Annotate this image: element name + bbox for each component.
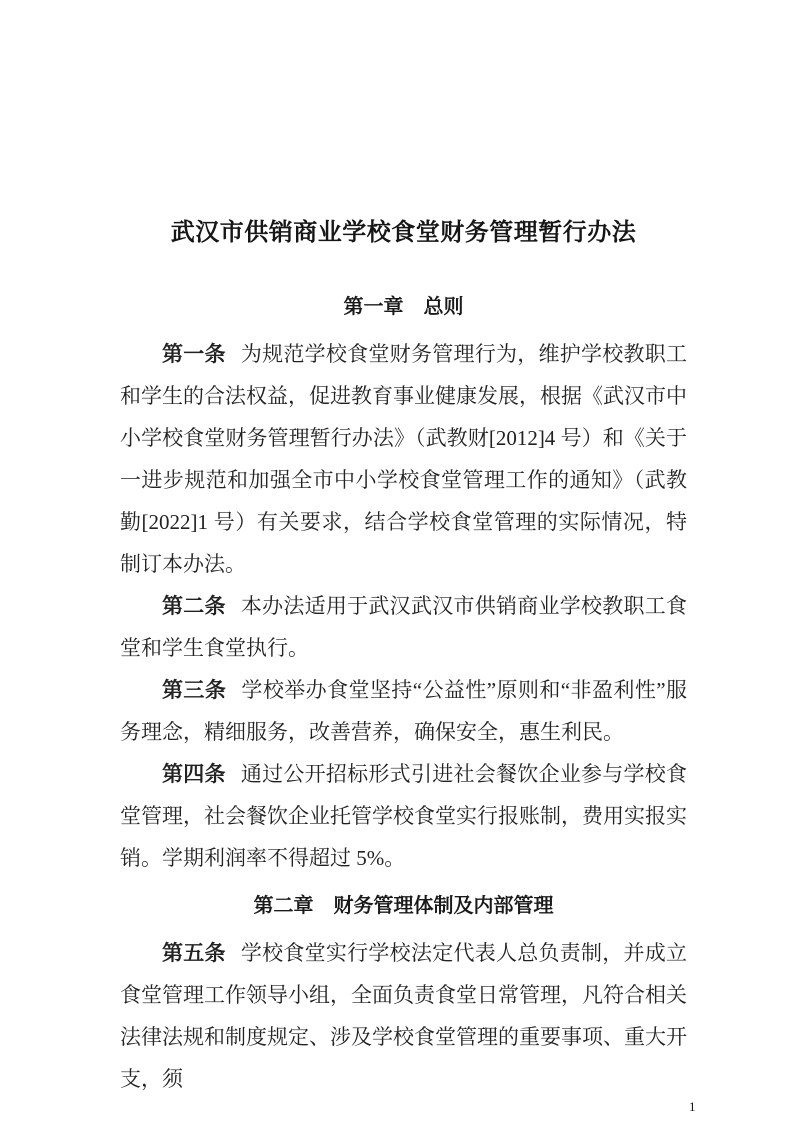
article-2: 第二条本办法适用于武汉武汉市供销商业学校教职工食堂和学生食堂执行。 xyxy=(120,585,687,669)
chapter-1: 第一章 总则 第一条为规范学校食堂财务管理行为，维护学校教职工和学生的合法权益，… xyxy=(120,293,687,879)
chapter-2-heading: 第二章 财务管理体制及内部管理 xyxy=(120,892,687,920)
article-1-text: 为规范学校食堂财务管理行为，维护学校教职工和学生的合法权益，促进教育事业健康发展… xyxy=(120,342,687,576)
page-number: 1 xyxy=(689,1098,696,1116)
article-4: 第四条通过公开招标形式引进社会餐饮企业参与学校食堂管理，社会餐饮企业托管学校食堂… xyxy=(120,753,687,879)
article-4-label: 第四条 xyxy=(162,762,226,786)
document-title: 武汉市供销商业学校食堂财务管理暂行办法 xyxy=(120,218,687,249)
article-2-label: 第二条 xyxy=(162,594,226,618)
article-3-label: 第三条 xyxy=(162,678,226,702)
chapter-2: 第二章 财务管理体制及内部管理 第五条学校食堂实行学校法定代表人总负责制，并成立… xyxy=(120,892,687,1100)
article-1-label: 第一条 xyxy=(162,342,226,366)
article-3: 第三条学校举办食堂坚持“公益性”原则和“非盈利性”服务理念，精细服务，改善营养，… xyxy=(120,669,687,753)
article-5: 第五条学校食堂实行学校法定代表人总负责制，并成立食堂管理工作领导小组，全面负责食… xyxy=(120,932,687,1100)
chapter-1-heading: 第一章 总则 xyxy=(120,293,687,321)
article-1: 第一条为规范学校食堂财务管理行为，维护学校教职工和学生的合法权益，促进教育事业健… xyxy=(120,333,687,585)
document-page: 武汉市供销商业学校食堂财务管理暂行办法 第一章 总则 第一条为规范学校食堂财务管… xyxy=(0,0,800,1131)
article-5-label: 第五条 xyxy=(162,941,226,965)
